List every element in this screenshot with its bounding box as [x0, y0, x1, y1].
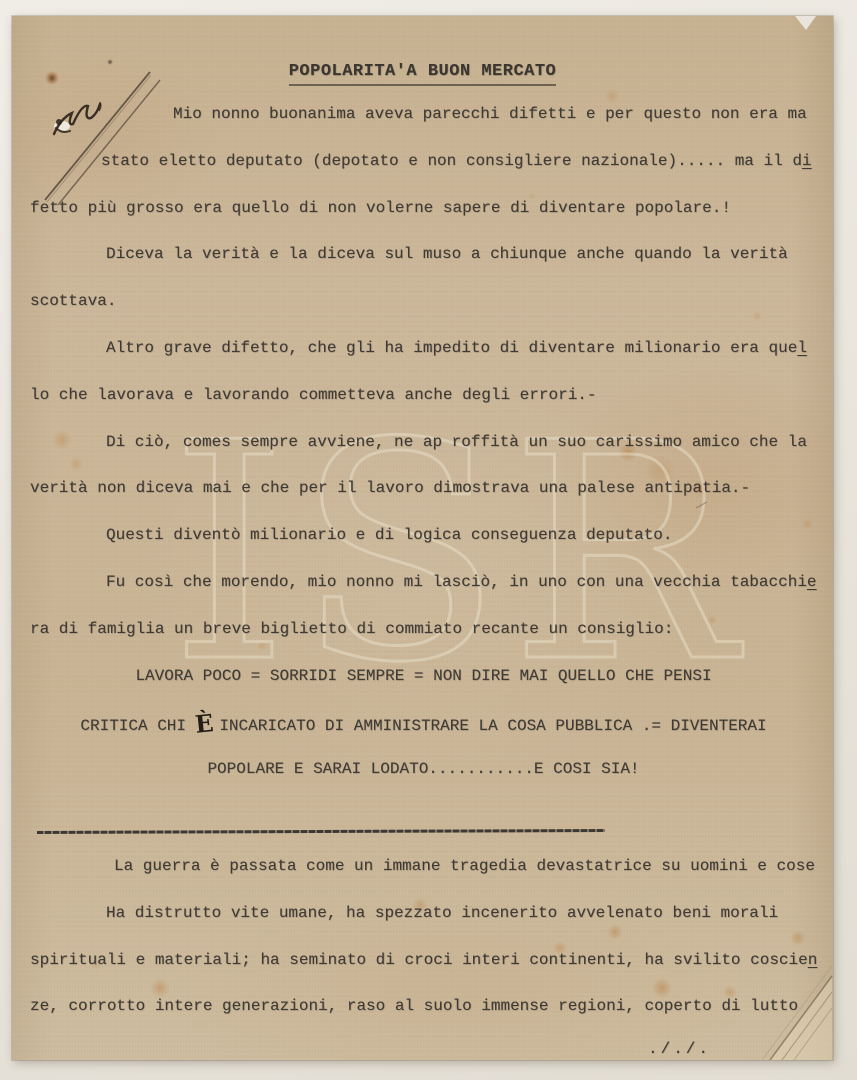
typed-line: spirituali e materiali; ha seminato di c… — [30, 937, 831, 984]
line-text: CRITICA CHI — [80, 717, 186, 735]
line-text: Di ciò, comes sempre avviene, ne ap roff… — [106, 433, 807, 451]
typed-line-advice: LAVORA POCO = SORRIDI SEMPRE = NON DIRE … — [30, 653, 831, 700]
line-text: stato eletto deputato (depotato e non co… — [101, 152, 802, 170]
line-text: spirituali e materiali; ha seminato di c… — [30, 951, 808, 969]
page-end-mark: ././. — [648, 1040, 711, 1058]
line-text: Fu così che morendo, mio nonno mi lasciò… — [106, 573, 807, 591]
line-text: Mio nonno buonanima aveva parecchi difet… — [173, 105, 807, 123]
line-text: INCARICATO DI AMMINISTRARE LA COSA PUBBL… — [219, 717, 766, 735]
typed-line-advice: POPOLARE E SARAI LODATO...........E COSI… — [30, 746, 831, 793]
typed-line: Fu così che morendo, mio nonno mi lasciò… — [30, 559, 831, 606]
line-text: Ha distrutto vite umane, ha spezzato inc… — [106, 904, 778, 922]
handwritten-e-accent: È — [193, 701, 216, 749]
line-text: ra di famiglia un breve biglietto di com… — [30, 620, 673, 638]
typed-line: Questi diventò milionario e di logica co… — [30, 512, 831, 559]
typed-line-advice: CRITICA CHIÈINCARICATO DI AMMINISTRARE L… — [30, 699, 831, 746]
page-title: POPOLARITA'A BUON MERCATO — [12, 62, 833, 81]
typed-line: Mio nonno buonanima aveva parecchi difet… — [30, 91, 831, 138]
typed-line: stato eletto deputato (depotato e non co… — [30, 138, 831, 185]
typed-line: scottava. — [30, 278, 831, 325]
line-text: Questi diventò milionario e di logica co… — [106, 526, 673, 544]
line-text: La guerra è passata come un immane trage… — [114, 857, 815, 875]
typed-line: Diceva la verità e la diceva sul muso a … — [30, 231, 831, 278]
typed-line: ze, corrotto intere generazioni, raso al… — [30, 983, 831, 1030]
line-text: POPOLARE E SARAI LODATO...........E COSI… — [207, 760, 639, 778]
line-text: Altro grave difetto, che gli ha impedito… — [106, 339, 797, 357]
page-title-text: POPOLARITA'A BUON MERCATO — [289, 62, 557, 86]
hyphen-carry-letter: e — [807, 573, 817, 591]
typed-line: fetto più grosso era quello di non voler… — [30, 185, 831, 232]
line-text: verità non diceva mai e che per il lavor… — [30, 479, 750, 497]
typed-line: La guerra è passata come un immane trage… — [30, 843, 831, 890]
scanned-document-page: ISR POPOLARITA'A BUON MERCATO Mio nonno … — [12, 16, 833, 1060]
typed-line: verità non diceva mai e che per il lavor… — [30, 465, 831, 512]
line-text: lo che lavorava e lavorando commetteva a… — [30, 386, 597, 404]
typed-line: ra di famiglia un breve biglietto di com… — [30, 606, 831, 653]
line-text: fetto più grosso era quello di non voler… — [30, 199, 731, 217]
hyphen-carry-letter: l — [797, 339, 807, 357]
typed-line: Di ciò, comes sempre avviene, ne ap roff… — [30, 419, 831, 466]
typed-text-block-2: La guerra è passata come un immane trage… — [30, 843, 831, 1030]
section-divider-line — [37, 829, 605, 834]
typed-text-block-1: Mio nonno buonanima aveva parecchi difet… — [30, 91, 831, 793]
hyphen-carry-letter: i — [802, 152, 812, 170]
line-text: scottava. — [30, 292, 116, 310]
line-text: LAVORA POCO = SORRIDI SEMPRE = NON DIRE … — [135, 667, 711, 685]
typed-line: Ha distrutto vite umane, ha spezzato inc… — [30, 890, 831, 937]
line-text: ze, corrotto intere generazioni, raso al… — [30, 997, 798, 1015]
typed-line: lo che lavorava e lavorando commetteva a… — [30, 372, 831, 419]
paper-edge-nick — [795, 16, 816, 30]
line-text: Diceva la verità e la diceva sul muso a … — [106, 245, 788, 263]
typed-line: Altro grave difetto, che gli ha impedito… — [30, 325, 831, 372]
hyphen-carry-letter: n — [808, 951, 818, 969]
